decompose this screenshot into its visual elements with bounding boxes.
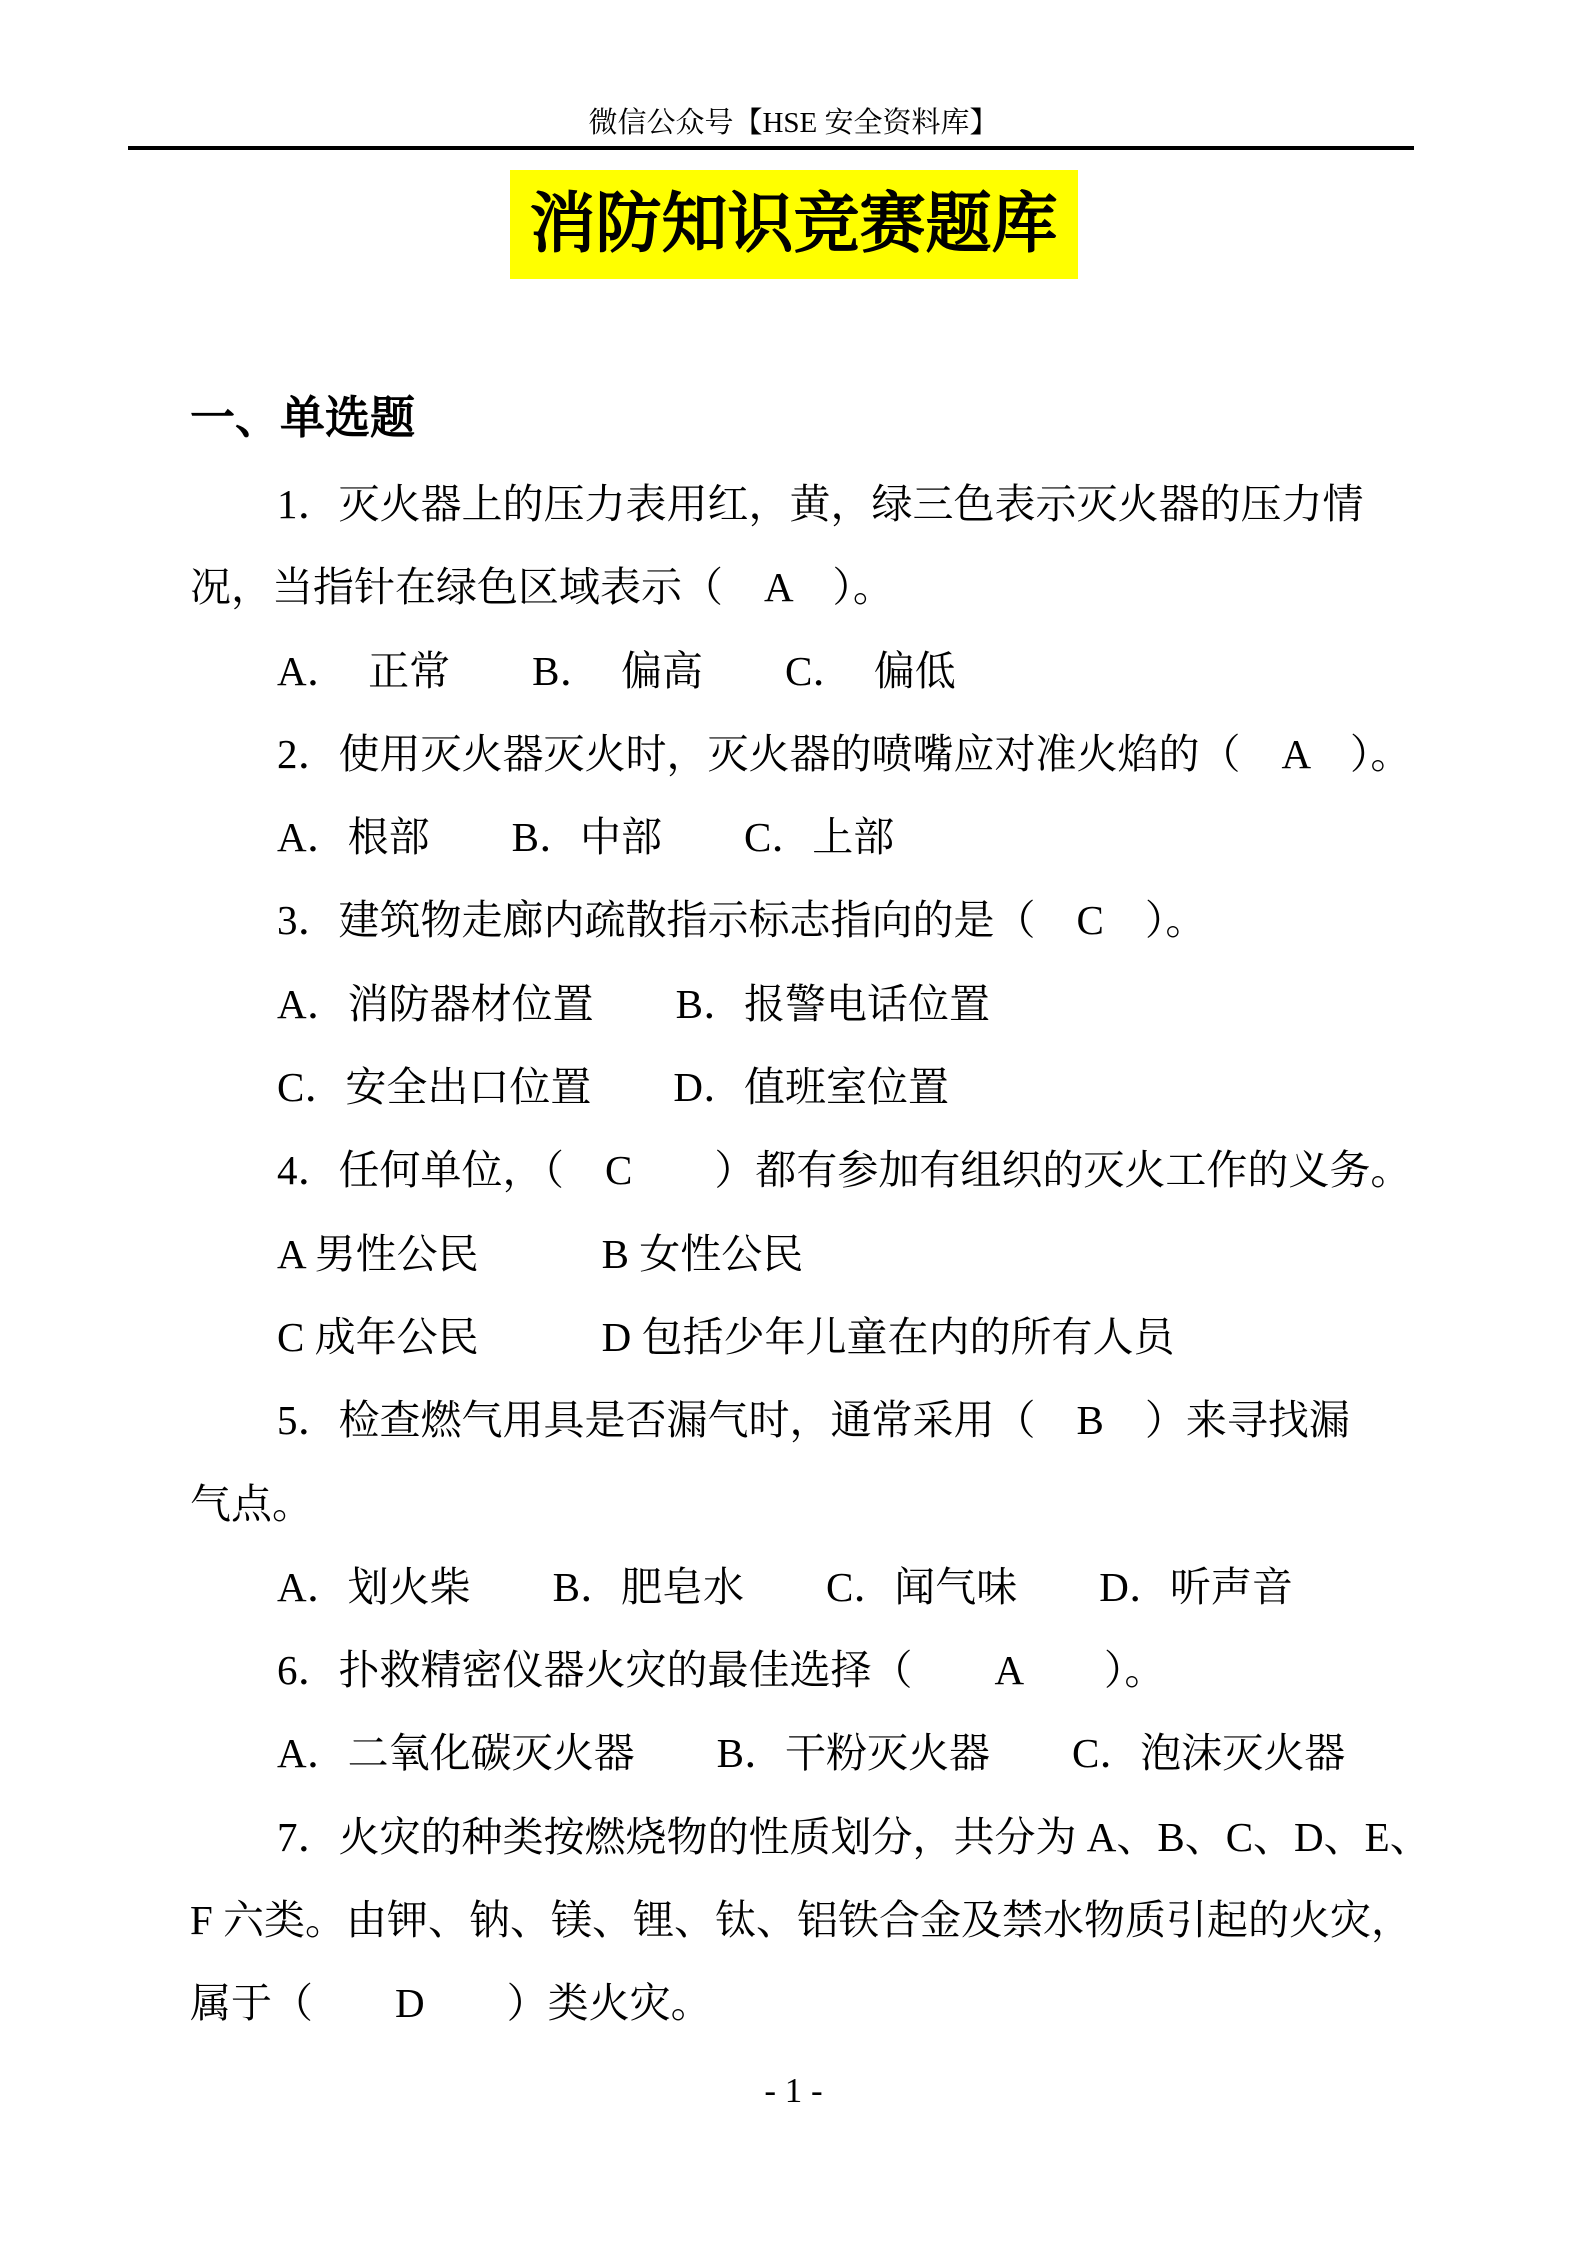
question-3-options-cd: C．安全出口位置 D．值班室位置	[190, 1046, 1440, 1129]
question-7-line-3: 属于（ D ）类火灾。	[190, 1962, 1440, 2045]
document-body: 1．灭火器上的压力表用红，黄，绿三色表示灭火器的压力情 况，当指针在绿色区域表示…	[190, 463, 1440, 2046]
question-1-line-1: 1．灭火器上的压力表用红，黄，绿三色表示灭火器的压力情	[190, 463, 1440, 546]
question-6: 6．扑救精密仪器火灾的最佳选择（ A ）。	[190, 1629, 1440, 1712]
question-2: 2．使用灭火器灭火时，灭火器的喷嘴应对准火焰的（ A ）。	[190, 713, 1440, 796]
question-3-options-ab: A．消防器材位置 B．报警电话位置	[190, 963, 1440, 1046]
question-1-line-2: 况，当指针在绿色区域表示（ A ）。	[190, 546, 1440, 629]
question-5-line-2: 气点。	[190, 1463, 1440, 1546]
page-number: - 1 -	[0, 2068, 1587, 2114]
document-page: 微信公众号【HSE 安全资料库】 消防知识竞赛题库 一、单选题 1．灭火器上的压…	[0, 0, 1587, 2245]
section-heading: 一、单选题	[190, 377, 415, 460]
question-7-line-1: 7．火灾的种类按燃烧物的性质划分，共分为 A、B、C、D、E、	[190, 1796, 1440, 1879]
question-5-line-1: 5．检查燃气用具是否漏气时，通常采用（ B ）来寻找漏	[190, 1379, 1440, 1462]
question-3: 3．建筑物走廊内疏散指示标志指向的是（ C ）。	[190, 879, 1440, 962]
title-container: 消防知识竞赛题库	[0, 170, 1587, 279]
document-header: 微信公众号【HSE 安全资料库】	[0, 103, 1587, 143]
question-5-options: A．划火柴 B．肥皂水 C．闻气味 D．听声音	[190, 1546, 1440, 1629]
question-4-options-cd: C 成年公民 D 包括少年儿童在内的所有人员	[190, 1296, 1440, 1379]
question-1-options: A． 正常 B． 偏高 C． 偏低	[190, 630, 1440, 713]
question-4: 4．任何单位，（ C ）都有参加有组织的灭火工作的义务。	[190, 1129, 1440, 1212]
question-7-line-2: F 六类。由钾、钠、镁、锂、钛、铝铁合金及禁水物质引起的火灾，	[190, 1879, 1440, 1962]
question-6-options: A．二氧化碳灭火器 B．干粉灭火器 C．泡沫灭火器	[190, 1712, 1440, 1795]
header-rule	[128, 146, 1414, 150]
question-4-options-ab: A 男性公民 B 女性公民	[190, 1213, 1440, 1296]
question-2-options: A．根部 B．中部 C．上部	[190, 796, 1440, 879]
page-title: 消防知识竞赛题库	[510, 170, 1078, 279]
